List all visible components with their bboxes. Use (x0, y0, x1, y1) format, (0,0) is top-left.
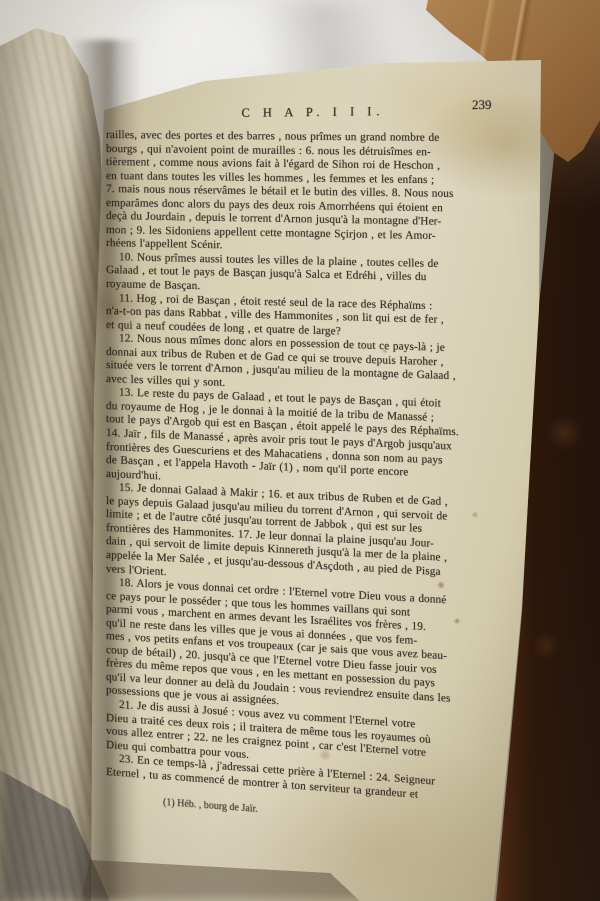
footnote: (1) Héb. , bourg de Jaïr. (163, 797, 258, 815)
right-page: C H A P. I I I. 239 railles, avec des po… (85, 55, 560, 901)
body-text: railles, avec des portes et des barres ,… (106, 129, 548, 779)
page-header: C H A P. I I I. 239 (85, 105, 541, 125)
photo-of-open-antique-book: C H A P. I I I. 239 railles, avec des po… (0, 0, 600, 901)
page-number: 239 (472, 97, 492, 113)
